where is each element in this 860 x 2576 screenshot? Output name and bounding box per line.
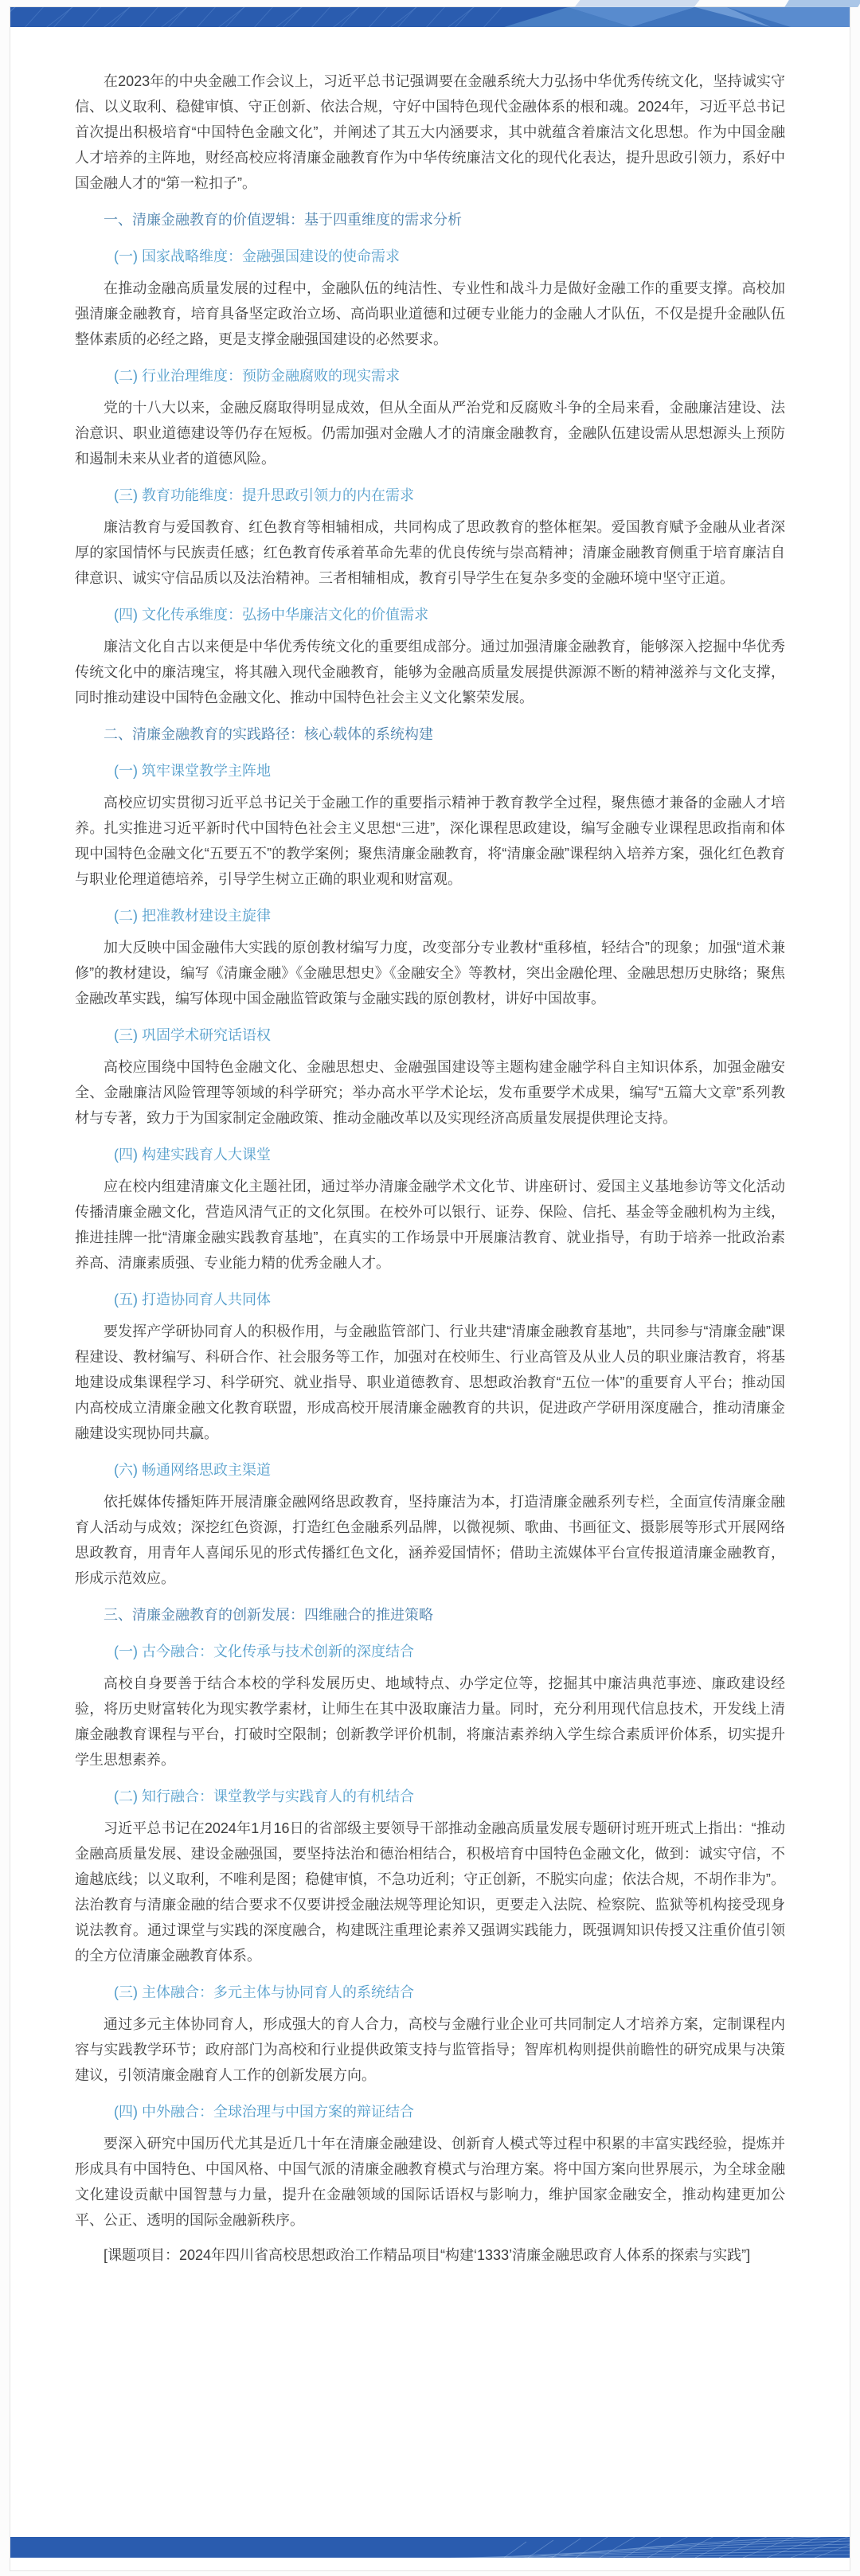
subsection-heading-2-2: (二) 把准教材建设主旋律 bbox=[75, 903, 785, 928]
footer-banner bbox=[10, 2537, 850, 2558]
paragraph: 廉洁教育与爱国教育、红色教育等相辅相成，共同构成了思政教育的整体框架。爱国教育赋… bbox=[75, 514, 785, 591]
subsection-heading-3-2: (二) 知行融合：课堂教学与实践育人的有机结合 bbox=[75, 1784, 785, 1809]
paragraph: 通过多元主体协同育人，形成强大的育人合力，高校与金融行业企业可共同制定人才培养方… bbox=[75, 2011, 785, 2088]
intro-paragraph: 在2023年的中央金融工作会议上，习近平总书记强调要在金融系统大力弘扬中华优秀传… bbox=[75, 68, 785, 196]
paragraph: 要发挥产学研协同育人的积极作用，与金融监管部门、行业共建“清廉金融教育基地”，共… bbox=[75, 1319, 785, 1446]
subsection-heading-2-4: (四) 构建实践育人大课堂 bbox=[75, 1142, 785, 1167]
subsection-heading-1-3: (三) 教育功能维度：提升思政引领力的内在需求 bbox=[75, 483, 785, 508]
paragraph: 加大反映中国金融伟大实践的原创教材编写力度，改变部分专业教材“重移植，轻结合”的… bbox=[75, 935, 785, 1011]
paragraph: 党的十八大以来，金融反腐取得明显成效，但从全面从严治党和反腐败斗争的全局来看，金… bbox=[75, 395, 785, 471]
subsection-heading-2-5: (五) 打造协同育人共同体 bbox=[75, 1287, 785, 1312]
paragraph: 要深入研究中国历代尤其是近几十年在清廉金融建设、创新育人模式等过程中积累的丰富实… bbox=[75, 2131, 785, 2233]
subsection-heading-3-4: (四) 中外融合：全球治理与中国方案的辩证结合 bbox=[75, 2099, 785, 2125]
top-right-accent-light bbox=[574, 0, 699, 7]
paragraph: 依托媒体传播矩阵开展清廉金融网络思政教育，坚持廉洁为本，打造清廉金融系列专栏，全… bbox=[75, 1489, 785, 1591]
paragraph: 应在校内组建清廉文化主题社团，通过举办清廉金融学术文化节、讲座研讨、爱国主义基地… bbox=[75, 1174, 785, 1276]
subsection-heading-2-6: (六) 畅通网络思政主渠道 bbox=[75, 1457, 785, 1483]
paragraph: 高校应切实贯彻习近平总书记关于金融工作的重要指示精神于教育教学全过程，聚焦德才兼… bbox=[75, 790, 785, 892]
subsection-heading-1-4: (四) 文化传承维度：弘扬中华廉洁文化的价值需求 bbox=[75, 602, 785, 627]
article-card: 在2023年的中央金融工作会议上，习近平总书记强调要在金融系统大力弘扬中华优秀传… bbox=[10, 6, 850, 2571]
paragraph: 廉洁文化自古以来便是中华优秀传统文化的重要组成部分。通过加强清廉金融教育，能够深… bbox=[75, 634, 785, 710]
section-title-1: 一、清廉金融教育的价值逻辑：基于四重维度的需求分析 bbox=[75, 207, 785, 233]
paragraph: 高校应围绕中国特色金融文化、金融思想史、金融强国建设等主题构建金融学科自主知识体… bbox=[75, 1054, 785, 1131]
subsection-heading-1-1: (一) 国家战略维度：金融强国建设的使命需求 bbox=[75, 244, 785, 269]
subsection-heading-1-2: (二) 行业治理维度：预防金融腐败的现实需求 bbox=[75, 363, 785, 389]
section-title-3: 三、清廉金融教育的创新发展：四维融合的推进策略 bbox=[75, 1602, 785, 1628]
paragraph: 在推动金融高质量发展的过程中，金融队伍的纯洁性、专业性和战斗力是做好金融工作的重… bbox=[75, 276, 785, 352]
subsection-heading-3-3: (三) 主体融合：多元主体与协同育人的系统结合 bbox=[75, 1980, 785, 2005]
article-content: 在2023年的中央金融工作会议上，习近平总书记强调要在金融系统大力弘扬中华优秀传… bbox=[10, 27, 850, 2537]
document-page: 在2023年的中央金融工作会议上，习近平总书记强调要在金融系统大力弘扬中华优秀传… bbox=[0, 0, 860, 2576]
top-right-accent-dark bbox=[784, 0, 860, 7]
subsection-heading-2-3: (三) 巩固学术研究话语权 bbox=[75, 1022, 785, 1048]
subsection-heading-2-1: (一) 筑牢课堂教学主阵地 bbox=[75, 758, 785, 784]
subsection-heading-3-1: (一) 古今融合：文化传承与技术创新的深度结合 bbox=[75, 1639, 785, 1664]
header-banner bbox=[10, 7, 850, 27]
project-note: [课题项目：2024年四川省高校思想政治工作精品项目“构建‘1333’清廉金融思… bbox=[75, 2242, 785, 2268]
paragraph: 习近平总书记在2024年1月16日的省部级主要领导干部推动金融高质量发展专题研讨… bbox=[75, 1816, 785, 1968]
paragraph: 高校自身要善于结合本校的学科发展历史、地域特点、办学定位等，挖掘其中廉洁典范事迹… bbox=[75, 1671, 785, 1773]
section-title-2: 二、清廉金融教育的实践路径：核心载体的系统构建 bbox=[75, 721, 785, 747]
